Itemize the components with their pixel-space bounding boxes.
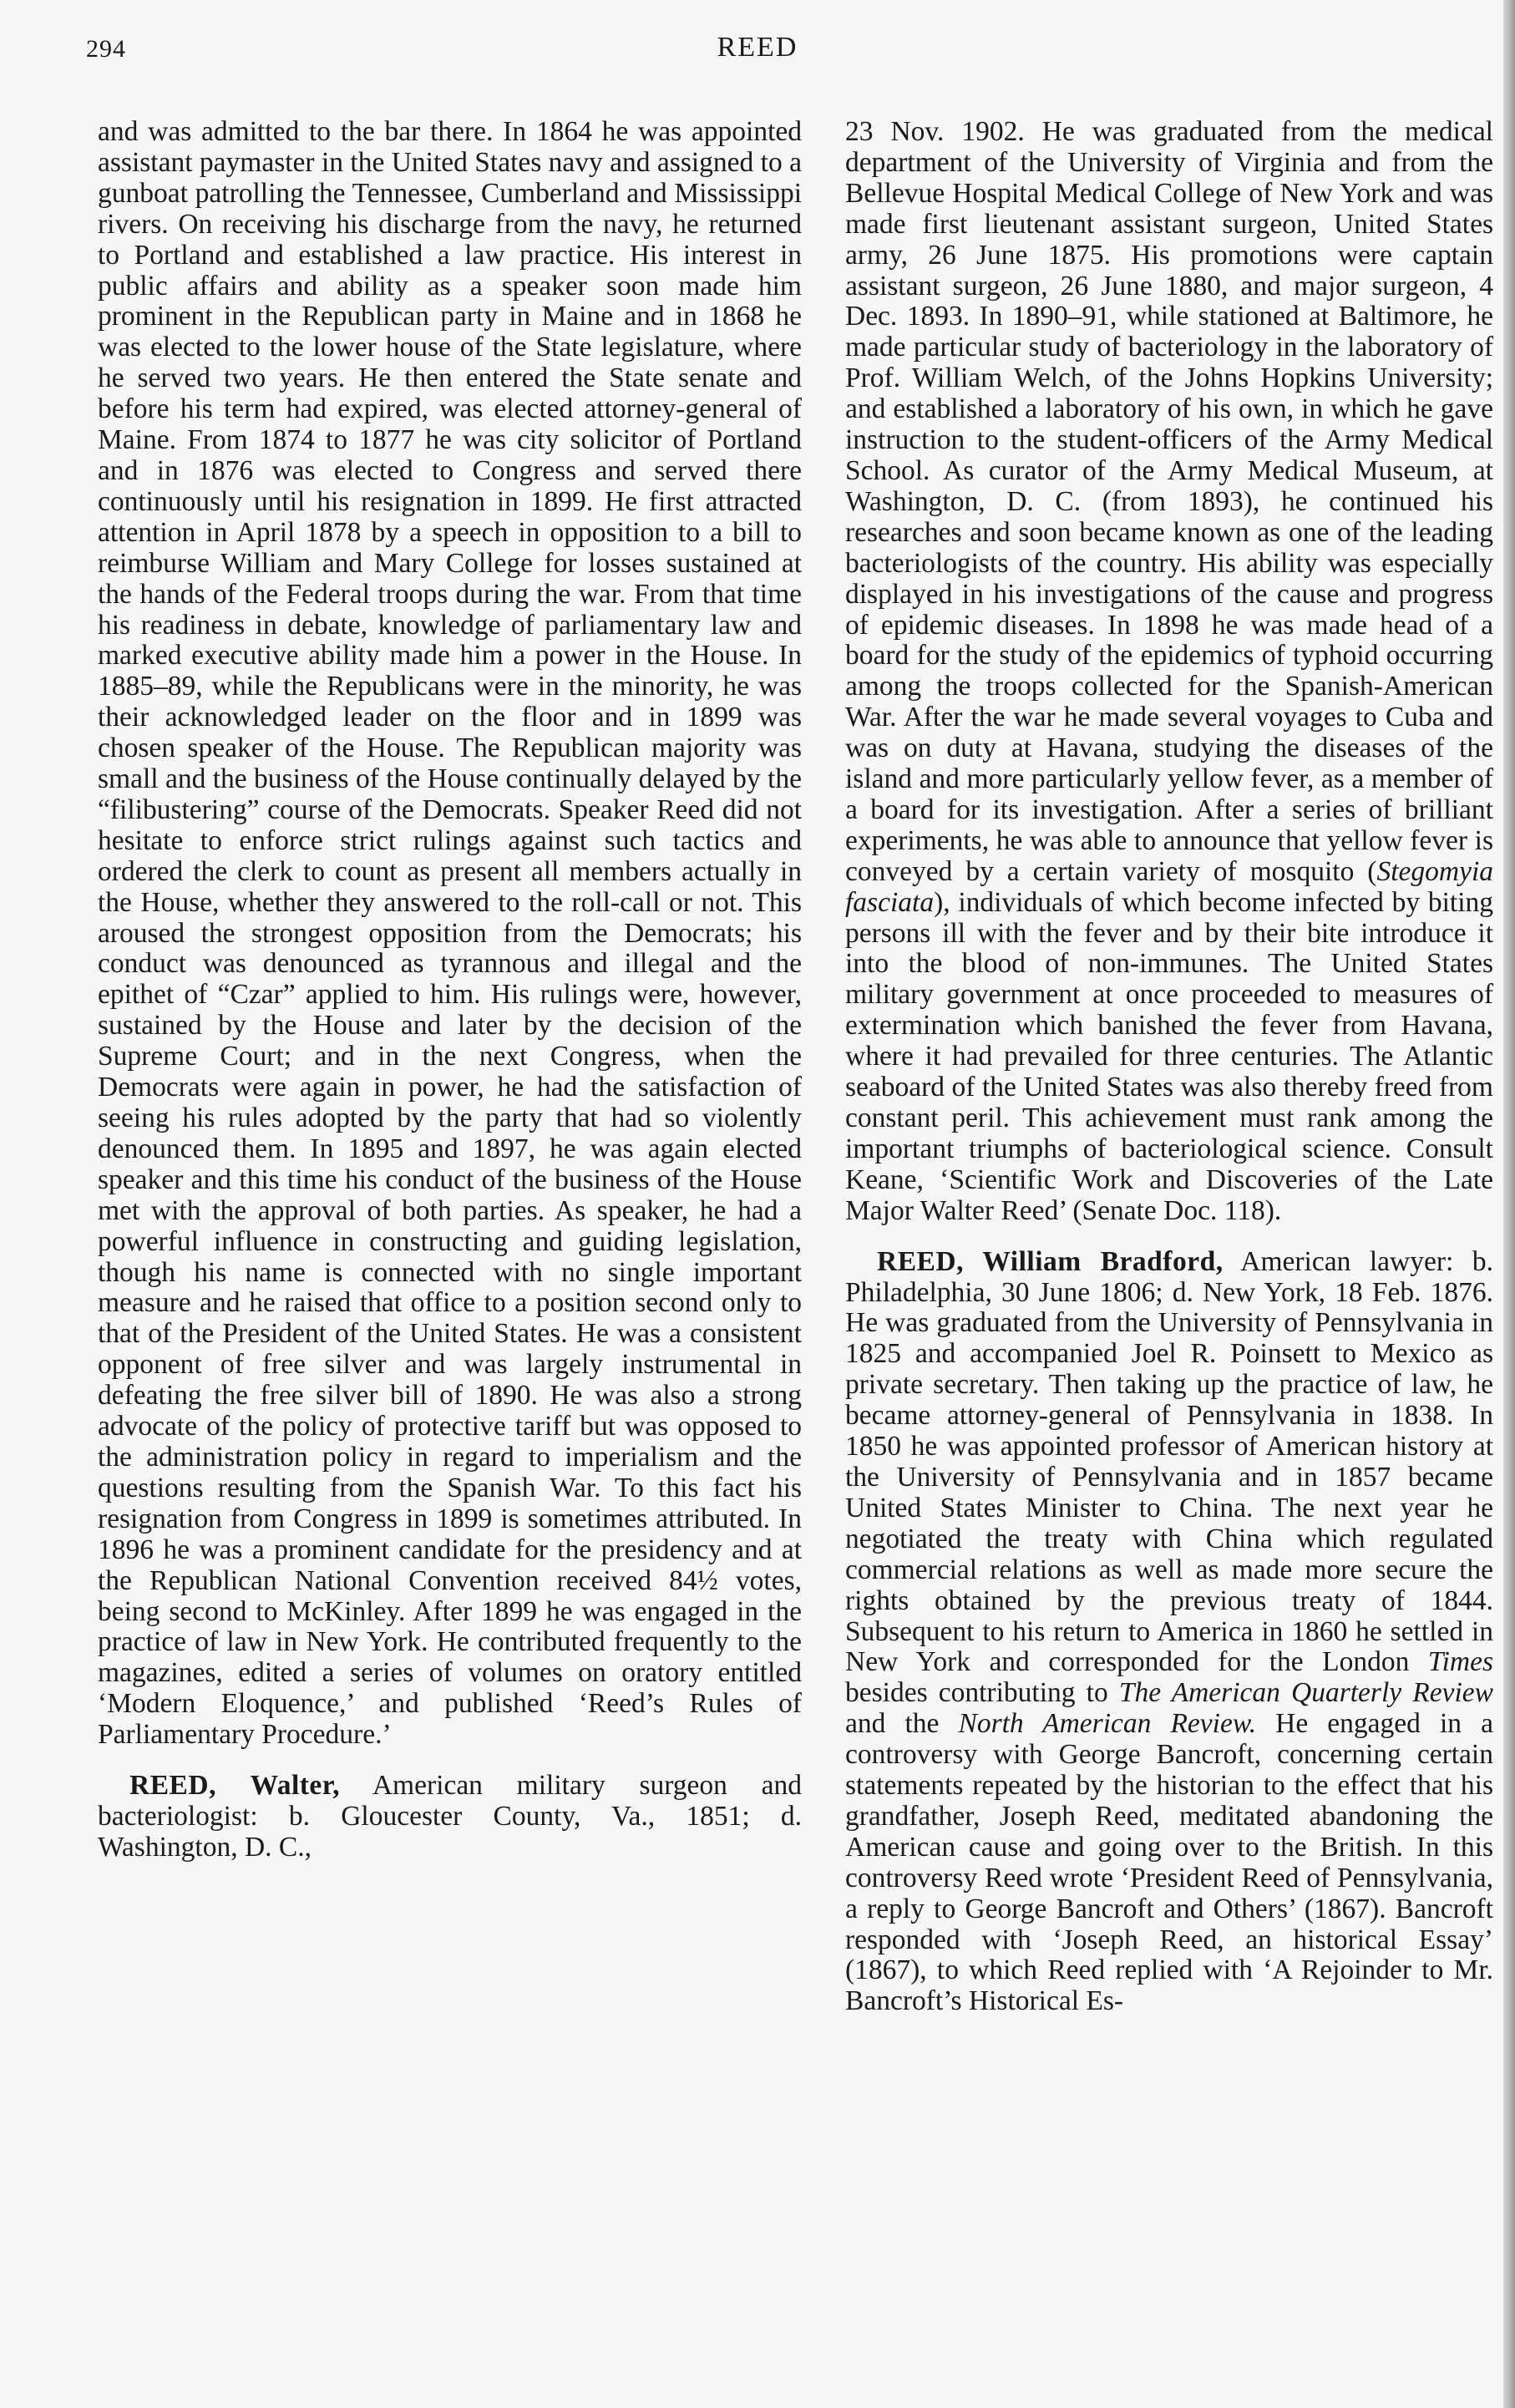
entry-text: 23 Nov. 1902. He was graduated from the …	[845, 116, 1493, 887]
entry-continuation-walter-reed: 23 Nov. 1902. He was graduated from the …	[845, 117, 1493, 1227]
entry-text: besides contributing to	[845, 1677, 1119, 1708]
running-head: 294 REED	[0, 32, 1503, 65]
entry-text: ), individuals of which become infected …	[845, 887, 1493, 1226]
entry-text: American lawyer: b. Philadelphia, 30 Jun…	[845, 1246, 1493, 1678]
entry-headword: REED, William Bradford,	[877, 1246, 1224, 1277]
document-page: 294 REED and was admitted to the bar the…	[0, 0, 1503, 2408]
publication-title: North American Review.	[958, 1708, 1256, 1739]
running-title: REED	[0, 32, 1515, 63]
entry-headword: REED, Walter,	[129, 1770, 340, 1801]
entry-continuation-thomas-reed: and was admitted to the bar there. In 18…	[98, 117, 802, 1751]
entry-text: and the	[845, 1708, 958, 1739]
publication-title: The American Quarterly Review	[1119, 1677, 1493, 1708]
page-edge-shadow	[1503, 0, 1515, 2408]
left-column: and was admitted to the bar there. In 18…	[98, 117, 802, 1863]
publication-title: Times	[1428, 1646, 1493, 1677]
entry-reed-walter: REED, Walter, American military surgeon …	[98, 1771, 802, 1863]
right-column: 23 Nov. 1902. He was graduated from the …	[845, 117, 1493, 2017]
entry-text: He engaged in a controversy with George …	[845, 1708, 1493, 2016]
entry-reed-william-bradford: REED, William Bradford, American lawyer:…	[845, 1247, 1493, 2018]
